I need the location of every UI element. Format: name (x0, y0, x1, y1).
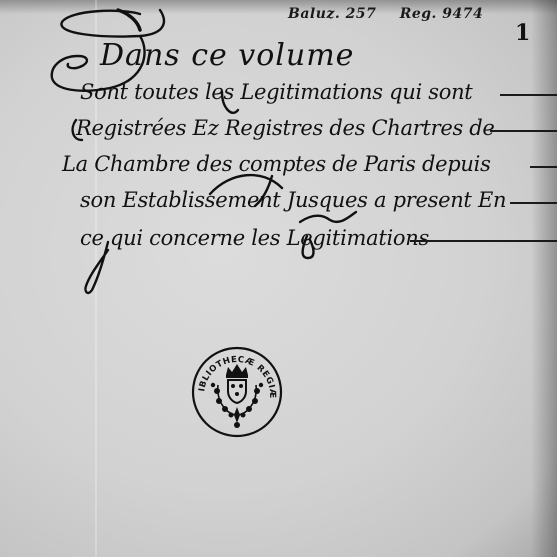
heading-line: Dans ce volume (0, 38, 557, 78)
bibliotheca-regia-stamp-icon: BIBLIOTHECÆ REGIÆ (190, 345, 284, 439)
manuscript-page: Baluz. 257 Reg. 9474 1 Dans ce volume (0, 0, 557, 557)
text-line-3: La Chambre des comptes de Paris depuis (0, 152, 557, 180)
text-line-5-content: ce qui concerne les Legitimations (80, 226, 429, 250)
heading-text: Dans ce volume (100, 38, 354, 73)
line-filler-rule (410, 240, 557, 242)
text-line-4: son Establissement Jusques a present En (0, 188, 557, 216)
text-line-3-content: La Chambre des comptes de Paris depuis (62, 152, 491, 176)
text-line-1-content: Sont toutes les Legitimations qui sont (80, 80, 472, 104)
text-line-5: ce qui concerne les Legitimations (0, 226, 557, 254)
text-line-2-content: Registrées Ez Registres des Chartres de (76, 116, 495, 140)
text-line-4-content: son Establissement Jusques a present En (80, 188, 506, 212)
line-filler-rule (500, 94, 557, 96)
line-filler-rule (490, 130, 557, 132)
text-line-2: Registrées Ez Registres des Chartres de (0, 116, 557, 144)
line-filler-rule (530, 166, 557, 168)
line-filler-rule (510, 202, 557, 204)
text-line-1: Sont toutes les Legitimations qui sont (0, 80, 557, 108)
